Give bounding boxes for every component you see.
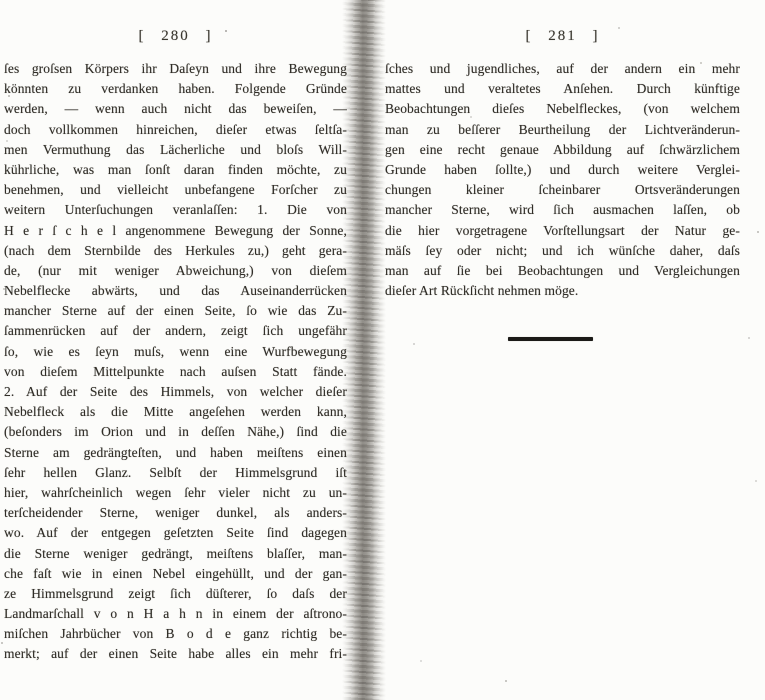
text-line: men Vermuthung das Lächerliche und bloſs… [4, 140, 347, 160]
right-page: [ 281 ] ſches und jugendliches, auf der … [385, 0, 740, 700]
text-line: Landmarſchall v o n H a h n in einem der… [4, 604, 347, 624]
text-line: Beobachtungen dieſes Nebelfleckes, (von … [385, 99, 740, 119]
end-of-chapter-rule [508, 337, 593, 341]
left-page: [ 280 ] ſes groſsen Körpers ihr Daſeyn u… [4, 0, 347, 700]
text-line: die Sterne weniger gedrängt, meiſtens bl… [4, 544, 347, 564]
text-line: dieſer Art Rückſicht nehmen möge. [385, 281, 740, 301]
text-line: ſo, wie es ſeyn muſs, wenn eine Wurfbewe… [4, 342, 347, 362]
text-line: che faſt wie in einen Nebel eingehüllt, … [4, 564, 347, 584]
text-line: von dieſem Mittelpunkte nach auſsen Stat… [4, 362, 347, 382]
text-line: die hier vorgetragene Vorſtellungsart de… [385, 221, 740, 241]
text-line: mattes und veraltetes Anſehen. Durch kün… [385, 79, 740, 99]
text-line: miſchen Jahrbücher von B o d e ganz rich… [4, 624, 347, 644]
text-line: 2. Auf der Seite des Himmels, von welche… [4, 382, 347, 402]
text-line: hier, wahrſcheinlich wegen ſehr vieler n… [4, 483, 347, 503]
text-line: könnten zu verdanken haben. Folgende Grü… [4, 79, 347, 99]
text-line: de, (nur mit weniger Abweichung,) von di… [4, 261, 347, 281]
text-line: mäſs ſey oder nicht; und ich wünſche dah… [385, 241, 740, 261]
text-line: ſes groſsen Körpers ihr Daſeyn und ihre … [4, 59, 347, 79]
text-line: Nebelfleck als die Mitte angeſehen werde… [4, 402, 347, 422]
text-line: werden, — wenn auch nicht das beweiſen, … [4, 99, 347, 119]
text-line: ſches und jugendliches, auf der andern e… [385, 59, 740, 79]
text-line: merkt; auf der einen Seite habe alles ei… [4, 644, 347, 664]
text-line: (nach dem Sternbilde des Herkules zu,) g… [4, 241, 347, 261]
text-line: man zu beſſerer Beurtheilung der Lichtve… [385, 120, 740, 140]
text-line: gen eine recht genaue Abbildung auf ſchw… [385, 140, 740, 160]
right-page-text: ſches und jugendliches, auf der andern e… [385, 59, 740, 301]
text-line: benehmen, und vielleicht unbefangene For… [4, 180, 347, 200]
book-page-spread: [ 280 ] ſes groſsen Körpers ihr Daſeyn u… [0, 0, 765, 700]
text-line: ſehr hellen Glanz. Selbſt der Himmelsgru… [4, 463, 347, 483]
text-line: kührliche, was man ſonſt daran finden mö… [4, 160, 347, 180]
text-line: ſammenrücken auf der andern, zeigt ſich … [4, 321, 347, 341]
text-line: man auf ſie bei Beobachtungen und Vergle… [385, 261, 740, 281]
text-line: mancher Sterne auf der einen Seite, ſo w… [4, 301, 347, 321]
text-line: weitern Unterſuchungen veranlaſſen: 1. D… [4, 200, 347, 220]
left-page-number: [ 280 ] [4, 28, 347, 45]
text-line: Sterne am gedrängteſten, und haben meiſt… [4, 443, 347, 463]
text-line: chungen kleiner ſcheinbarer Ortsveränder… [385, 180, 740, 200]
left-page-text: ſes groſsen Körpers ihr Daſeyn und ihre … [4, 59, 347, 665]
text-line: wo. Auf der entgegen geſetzten Seite ſin… [4, 523, 347, 543]
text-line: H e r ſ c h e l angenommene Bewegung der… [4, 221, 347, 241]
text-line: (beſonders im Orion und in deſſen Nähe,)… [4, 422, 347, 442]
text-line: doch vollkommen hinreichen, dieſer etwas… [4, 120, 347, 140]
book-gutter-shadow [342, 0, 386, 700]
right-page-number: [ 281 ] [385, 28, 740, 45]
text-line: Grunde haben ſollte,) und durch weitere … [385, 160, 740, 180]
text-line: terſcheidender Sterne, weniger dunkel, a… [4, 503, 347, 523]
scan-noise-specks [0, 0, 2, 2]
text-line: ze Himmelsgrund zeigt ſich düſterer, ſo … [4, 584, 347, 604]
text-line: Nebelflecke abwärts, und das Auseinander… [4, 281, 347, 301]
text-line: mancher Sterne, wird ſich ausmachen laſſ… [385, 200, 740, 220]
